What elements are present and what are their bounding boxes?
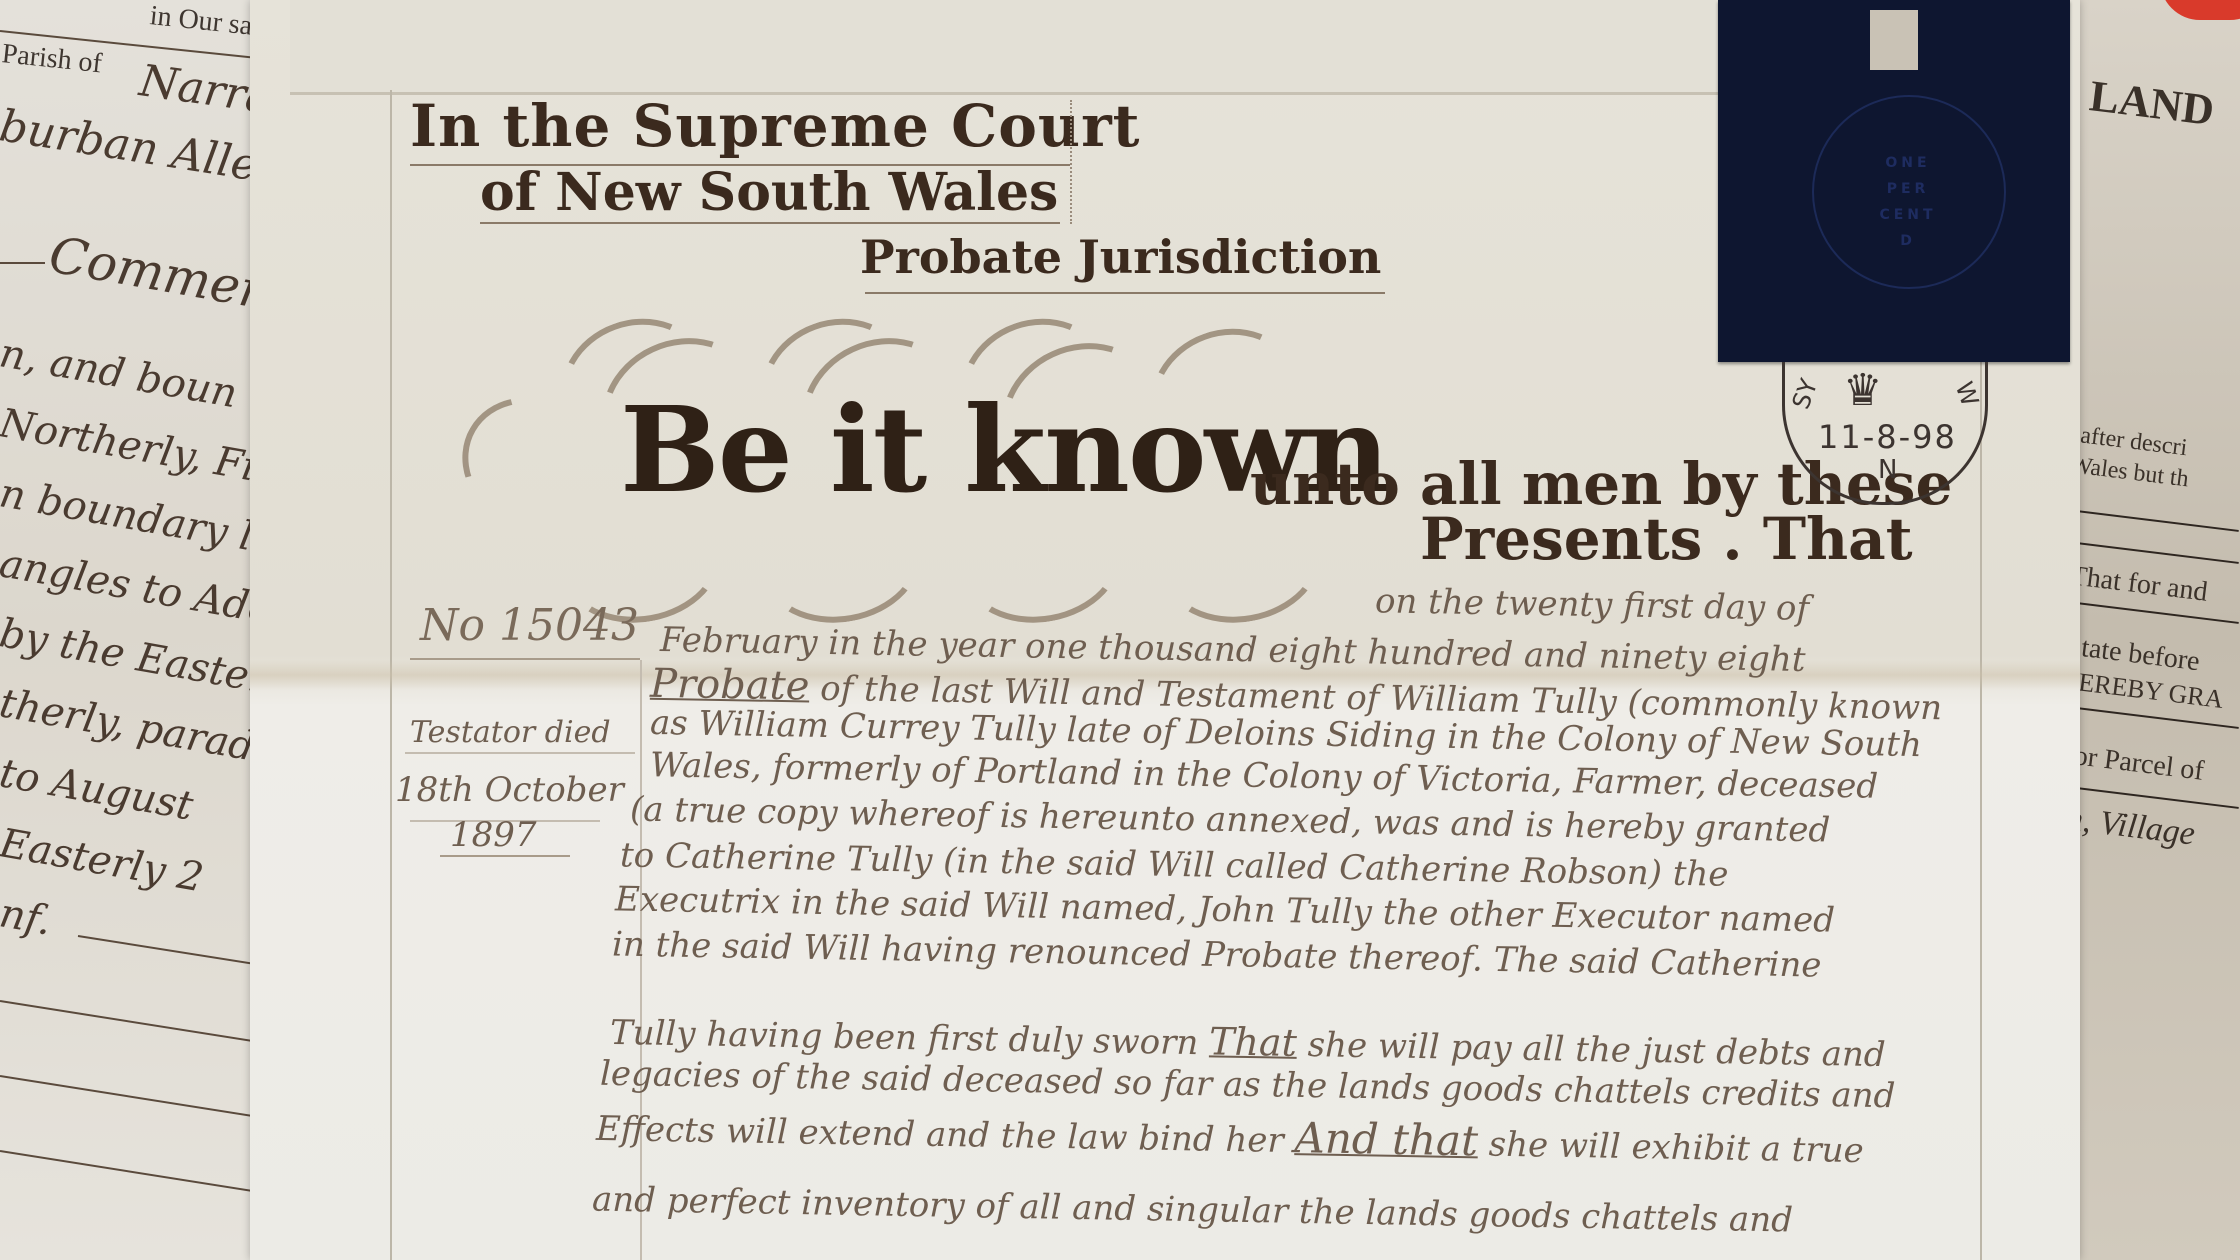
heading-underline	[865, 292, 1385, 294]
handwritten-text: n, and boun	[0, 330, 241, 417]
red-seal	[2160, 0, 2240, 20]
margin-line	[405, 752, 635, 754]
ruled-line	[2060, 508, 2239, 532]
printed-text: That for and	[2068, 560, 2209, 609]
court-heading-sub: of New South Wales	[480, 162, 1058, 223]
testator-death-year: 1897	[450, 815, 537, 855]
background-sheet-right: LAND inafter descri Wales but th That fo…	[2060, 0, 2240, 1260]
ruled-line	[0, 1075, 257, 1118]
ruled-line	[2060, 600, 2239, 624]
handwritten-text: h, Village	[2064, 800, 2197, 854]
presents-that-text: Presents . That	[1420, 505, 1913, 573]
and-that-keyword: And that	[1294, 1113, 1478, 1165]
stamp-value-text: ONE PER CENT D	[1860, 150, 1956, 254]
crown-icon: ♛	[1843, 365, 1882, 416]
ruled-line	[0, 1000, 257, 1043]
heading-underline	[480, 222, 1060, 224]
printed-text: or Parcel of	[2072, 740, 2206, 788]
jurisdiction-heading: Probate Jurisdiction	[860, 230, 1381, 284]
printed-text: Parish of	[0, 38, 103, 80]
testator-death-date: 18th October	[395, 770, 624, 810]
stamp-punch-hole	[1870, 10, 1918, 70]
probate-number: No 15043	[420, 600, 639, 651]
court-heading: In the Supreme Court	[410, 92, 1140, 160]
body-line: on the twenty first day of	[1375, 581, 1810, 629]
number-underline	[410, 658, 640, 660]
that-keyword: That	[1209, 1019, 1298, 1065]
heading-box-border	[1070, 100, 1074, 224]
margin-line	[440, 855, 570, 857]
probate-keyword: Probate	[650, 661, 810, 710]
handwritten-text: Easterly 2	[0, 820, 207, 901]
ruled-line	[0, 1150, 257, 1193]
ruled-line	[0, 262, 45, 264]
ruled-line	[2060, 540, 2239, 564]
margin-label: Testator died	[410, 715, 611, 750]
postmark-date: 11-8-98	[1818, 418, 1957, 456]
ruled-line	[78, 935, 256, 965]
handwritten-text: nf.	[0, 890, 55, 944]
postmark-letter: N	[1878, 455, 1897, 485]
handwritten-text: to August	[0, 750, 197, 829]
printed-heading: LAND	[2087, 70, 2217, 136]
